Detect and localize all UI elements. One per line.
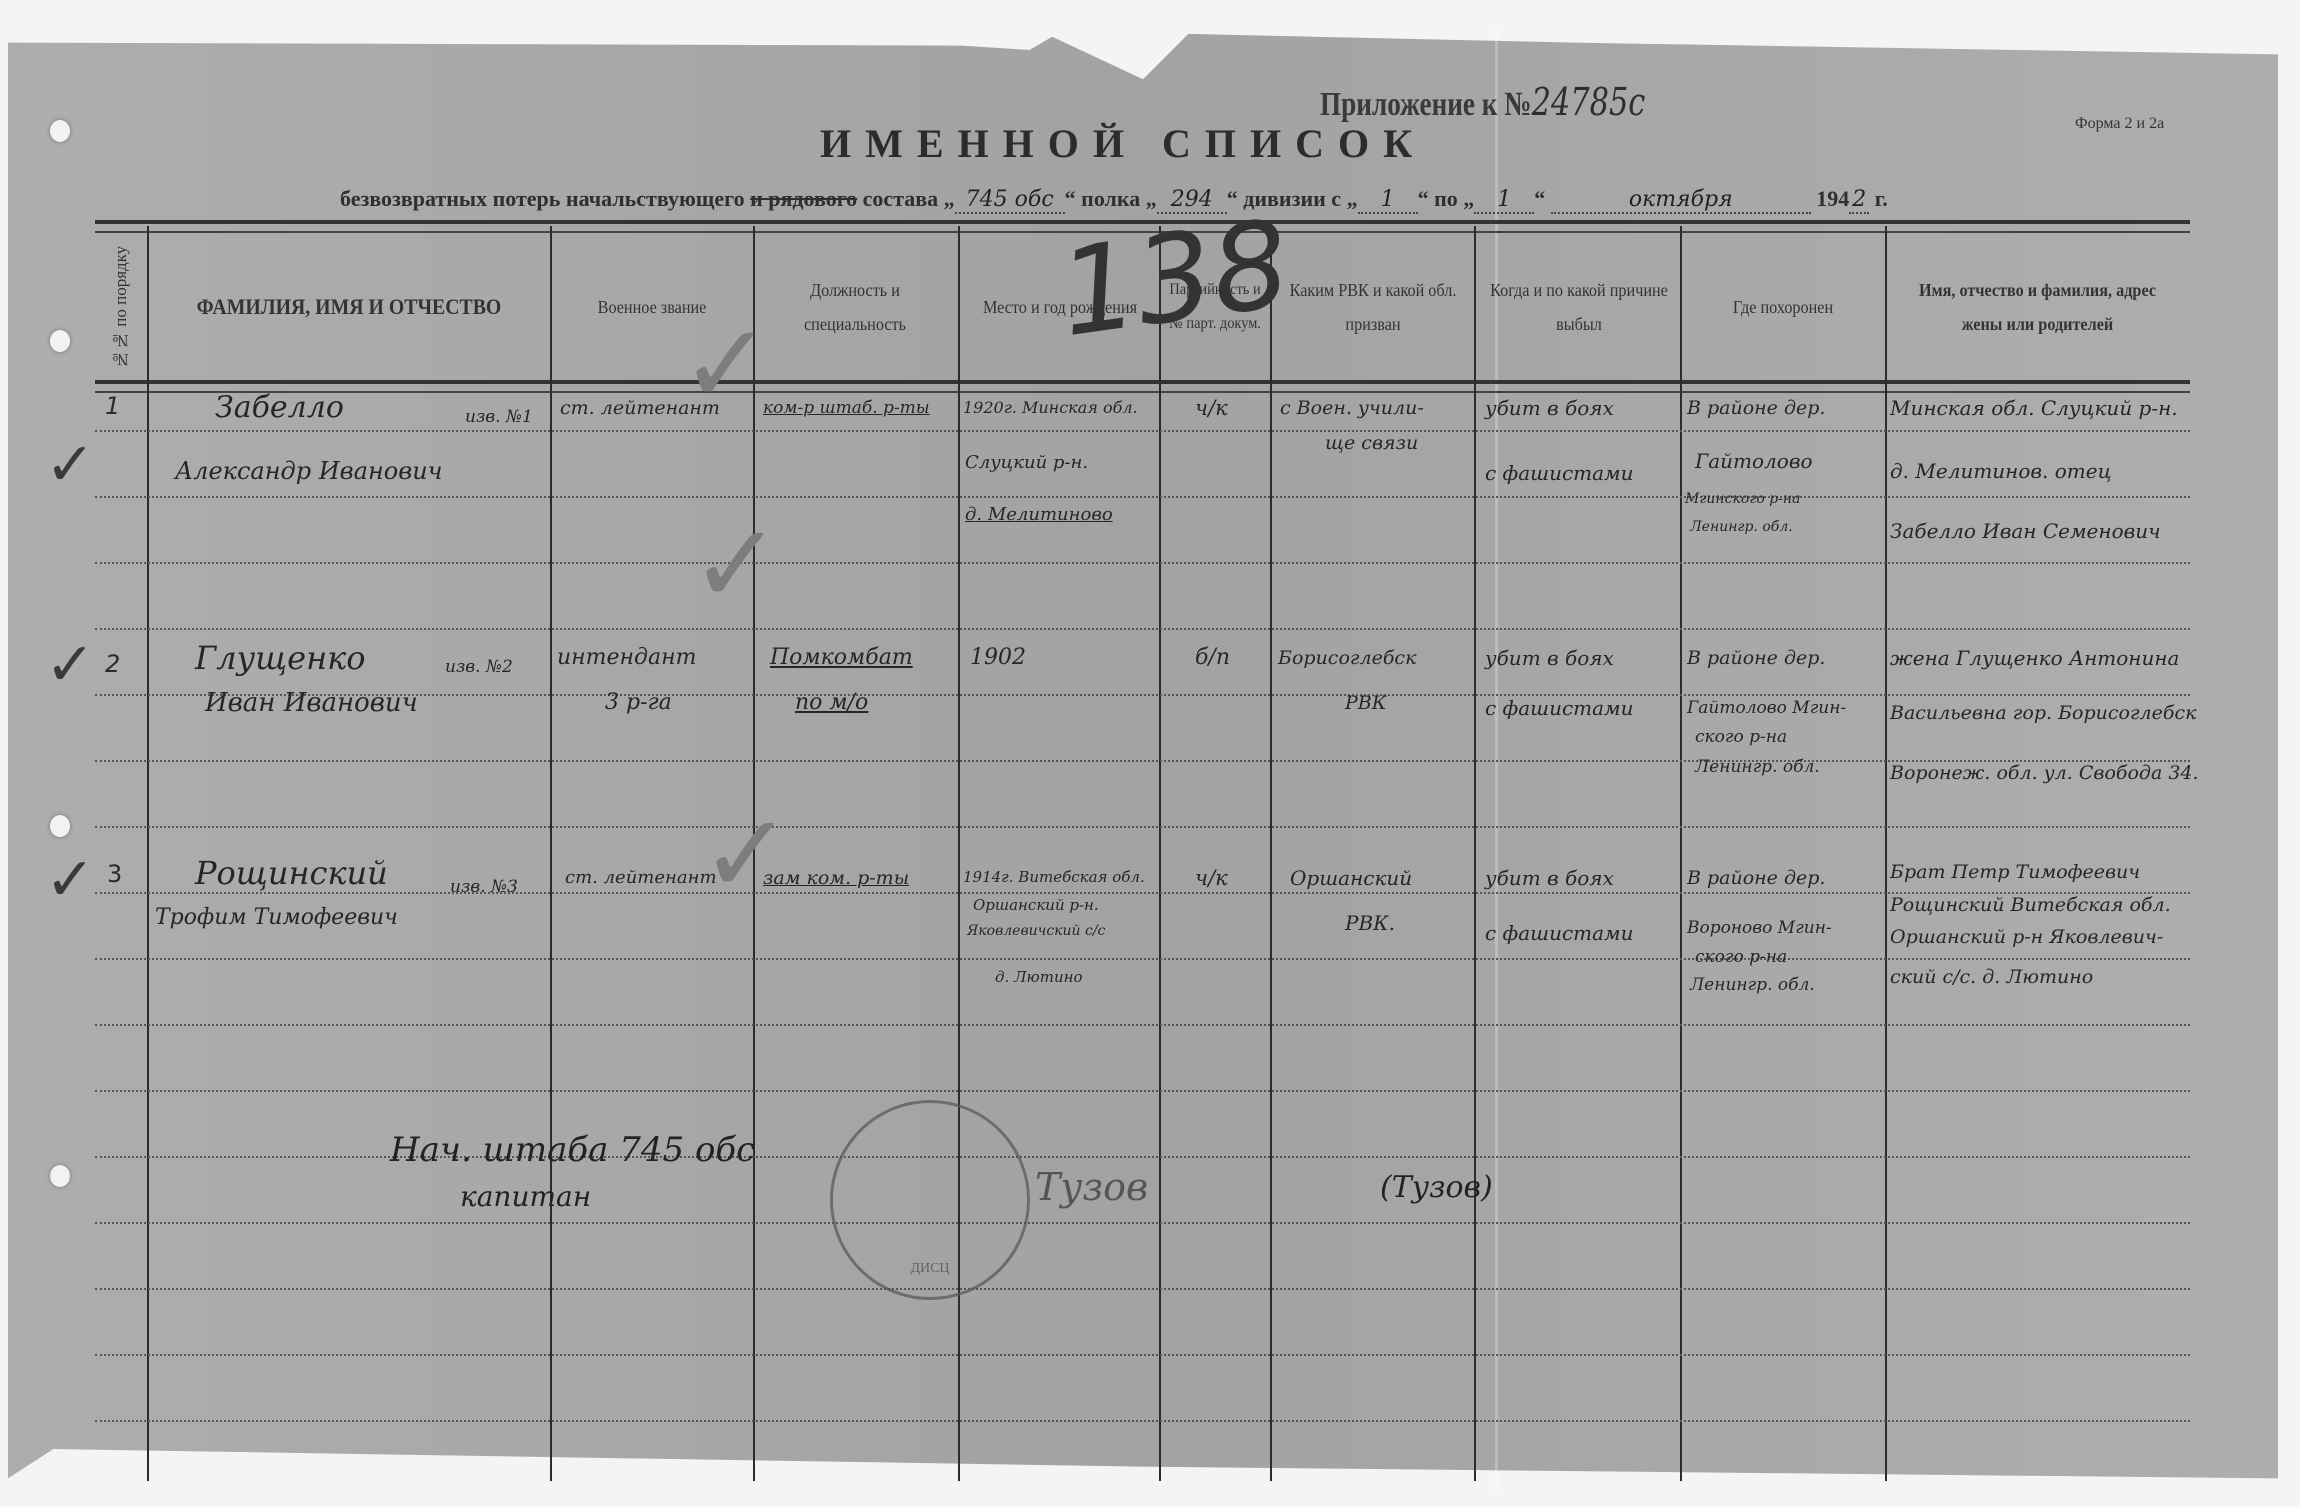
given-names: Трофим Тимофеевич [155,885,398,951]
column-divider [1680,226,1682,1481]
rank: 3 р-га [605,670,672,736]
year-field: 2 [1849,187,1869,214]
col-header-relatives: Имя, отчество и фамилия, адрес жены или … [1905,232,2171,382]
position: ком-р штаб. р-ты [763,375,930,441]
binder-hole [50,120,70,142]
birth-place: д. Мелитиново [965,482,1113,548]
relative-info: Забелло Иван Семенович [1890,498,2161,564]
burial-place: Ленингр. обл. [1690,968,1815,1002]
binder-hole [50,1165,70,1187]
col-header-rvk: Каким РВК и какой обл. призван [1285,232,1461,382]
struck-text: и рядового [750,186,857,211]
column-divider [147,226,149,1481]
given-names: Александр Иванович [175,438,443,504]
draft-office: РВК [1345,670,1386,736]
position: по м/о [795,670,868,736]
unit-field: 745 обс [955,187,1065,214]
row-rule [95,1420,2190,1422]
checkmark-icon: ✓ [690,500,782,628]
party-status: б/п [1195,625,1230,691]
appendix-number: 24785с [1532,80,1646,124]
subtitle-text: безвозвратных потерь начальствующего [340,186,745,211]
column-divider [1270,226,1272,1481]
row-rule [95,1090,2190,1092]
column-divider [1159,226,1161,1481]
month-field: октября [1551,187,1811,214]
subtitle-text: “ полка „ [1065,186,1157,211]
year-suffix: г. [1869,186,1888,211]
draft-office: РВК. [1345,890,1395,956]
col-header-when: Когда и по какой причине выбыл [1490,232,1668,382]
official-stamp: ДИСЦ [830,1100,1030,1300]
notice-number: изв. №1 [465,400,533,434]
year-prefix: 194 [1816,186,1849,211]
cause-of-loss: с фашистами [1485,675,1634,741]
to-day-field: 1 [1474,187,1534,214]
burial-place: Ленингр. обл. [1695,750,1820,784]
binder-hole [50,330,70,352]
burial-place: Ленингр. обл. [1690,510,1793,544]
checkmark-icon: ✓ [45,845,95,915]
birth-place: д. Лютино [995,960,1083,994]
col-header-buried: Где похоронен [1695,232,1871,382]
rank: ст. лейтенант [565,845,717,911]
col-header-position: Должность и специальность [770,232,941,382]
checkmark-icon: ✓ [45,630,95,700]
row-rule [95,430,2190,432]
given-names: Иван Иванович [205,670,418,736]
birth-place: Яковлевичский с/с [967,914,1105,948]
burial-place: ского р-на [1695,720,1787,754]
party-status: ч/к [1195,375,1228,441]
relative-info: Брат Петр Тимофеевич [1890,855,2140,889]
subtitle-text: состава „ [863,186,955,211]
relative-info: Рощинский Витебская обл. [1890,888,2171,922]
losses-table: №№ по порядку ФАМИЛИЯ, ИМЯ И ОТЧЕСТВО Во… [95,220,2190,1485]
checkmark-icon: ✓ [680,300,772,428]
signature-title: Нач. штаба 745 обс [390,1130,755,1170]
column-divider [550,226,552,1481]
notice-number: изв. №2 [445,650,513,684]
relative-info: д. Мелитинов. отец [1890,438,2112,504]
cause-of-loss: с фашистами [1485,440,1634,506]
row-number: 2 [105,650,120,678]
relative-info: Оршанский р-н Яковлевич- [1890,920,2163,954]
relative-info: Васильевна гор. Борисоглебск [1890,680,2197,746]
cause-of-loss: убит в боях [1485,375,1614,441]
row-rule [95,826,2190,828]
appendix-label: Приложение к № [1320,86,1532,123]
draft-office: ще связи [1325,410,1418,476]
binder-hole [50,815,70,837]
appendix-heading: Приложение к №24785с [1320,80,1645,124]
checkmark-icon: ✓ [700,790,792,918]
row-rule [95,562,2190,564]
from-day-field: 1 [1358,187,1418,214]
signatory-name: (Тузов) [1380,1170,1493,1205]
subtitle-text: “ по „ [1418,186,1475,211]
signature-rank: капитан [460,1180,591,1213]
checkmark-icon: ✓ [45,430,95,500]
birth-year: 1902 [970,625,1026,691]
document-subtitle: безвозвратных потерь начальствующего и р… [340,186,1888,214]
row-number: 1 [105,392,120,420]
row-number: 3 [107,860,122,888]
relative-info: ский с/с. д. Лютино [1890,960,2093,994]
column-divider [1885,226,1887,1481]
party-status: ч/к [1195,845,1228,911]
relative-info: Минская обл. Слуцкий р-н. [1890,375,2178,441]
column-divider [1474,226,1476,1481]
stamp-text: ДИСЦ [910,1261,949,1277]
row-rule [95,1222,2190,1224]
col-header-no: №№ по порядку [97,232,145,382]
row-rule [95,1354,2190,1356]
form-label: Форма 2 и 2а [2075,115,2164,133]
row-rule [95,628,2190,630]
row-rule [95,958,2190,960]
document-title: ИМЕННОЙ СПИСОК [820,120,1426,167]
surname: Забелло [215,375,344,441]
subtitle-text: “ [1534,186,1545,211]
row-rule [95,760,2190,762]
row-rule [95,1024,2190,1026]
cause-of-loss: с фашистами [1485,900,1634,966]
row-rule [95,1288,2190,1290]
relative-info: Воронеж. обл. ул. Свобода 34. [1890,740,2199,806]
signature-scrawl: Тузов [1035,1165,1148,1209]
notice-number: изв. №3 [450,870,518,904]
col-header-name: ФАМИЛИЯ, ИМЯ И ОТЧЕСТВО [169,232,529,382]
